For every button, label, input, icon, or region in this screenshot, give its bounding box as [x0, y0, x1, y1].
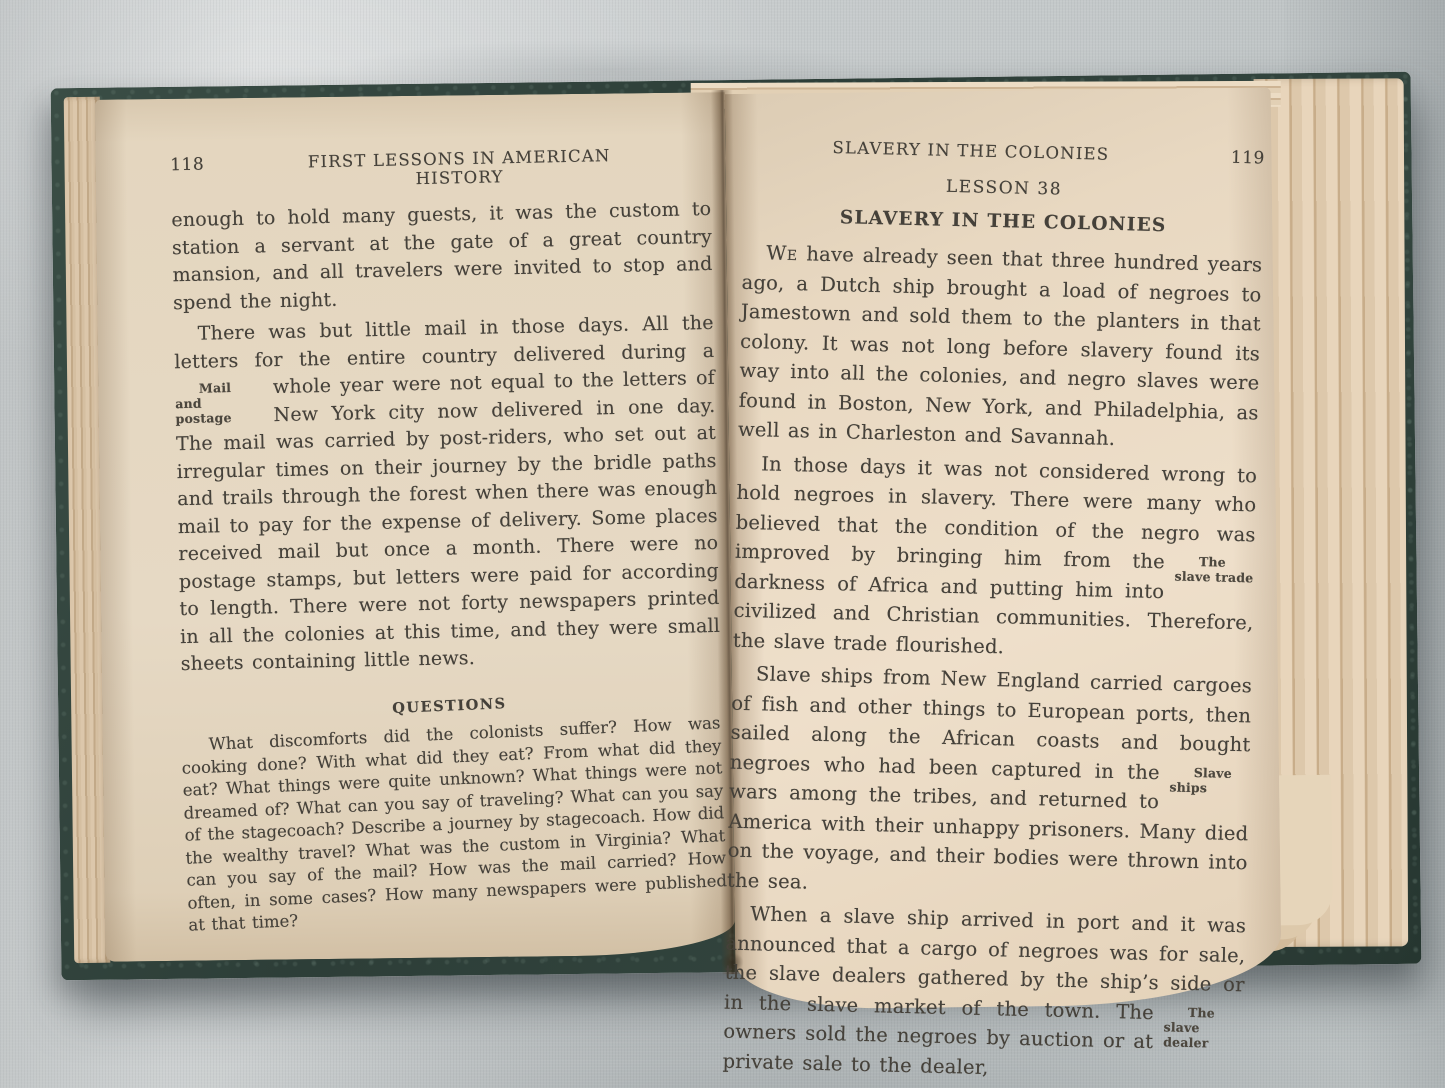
margin-note-the-slave-dealer: The slave dealer: [1163, 1004, 1244, 1051]
left-page-text: 118 FIRST LESSONS IN AMERICAN HISTORY en…: [170, 144, 726, 931]
page-number-left: 118: [170, 153, 262, 175]
lesson-title: SLAVERY IN THE COLONIES: [743, 205, 1263, 239]
left-body: enough to hold many guests, it was the c…: [171, 196, 721, 679]
margin-note-mail-and-postage: Mail and postage: [175, 379, 262, 426]
paragraph: When a slave ship arrived in port and it…: [722, 899, 1246, 1088]
lesson-number: LESSON 38: [744, 172, 1264, 205]
paragraph: There was but little mail in those days.…: [174, 310, 721, 679]
paragraph-text: have already seen that three hundred yea…: [738, 242, 1263, 450]
photo-of-open-book: { "left_page": { "page_number": "118", "…: [0, 0, 1445, 1088]
page-number-right: 119: [1187, 147, 1265, 169]
paragraph: We have already seen that three hundred …: [738, 238, 1263, 457]
right-page-text: SLAVERY IN THE COLONIES 119 LESSON 38 SL…: [722, 136, 1265, 1088]
paragraph-text: enough to hold many guests, it was the c…: [171, 198, 712, 314]
questions-section: QUESTIONS What discomforts did the colon…: [179, 686, 728, 937]
right-body: We have already seen that three hundred …: [722, 238, 1262, 1088]
running-head-left: FIRST LESSONS IN AMERICAN HISTORY: [262, 144, 711, 191]
paragraph: Slave ships from New England carried car…: [727, 659, 1253, 908]
lead-word-small-caps: We: [766, 241, 798, 265]
open-book: 118 FIRST LESSONS IN AMERICAN HISTORY en…: [51, 72, 1422, 981]
questions-text: What discomforts did the colonists suffe…: [180, 712, 728, 937]
paragraph: enough to hold many guests, it was the c…: [171, 196, 713, 317]
margin-note-slave-ships: Slave ships: [1169, 764, 1250, 796]
paragraph: In those days it was not considered wron…: [733, 448, 1258, 667]
margin-note-the-slave-trade: The slave trade: [1174, 553, 1255, 585]
